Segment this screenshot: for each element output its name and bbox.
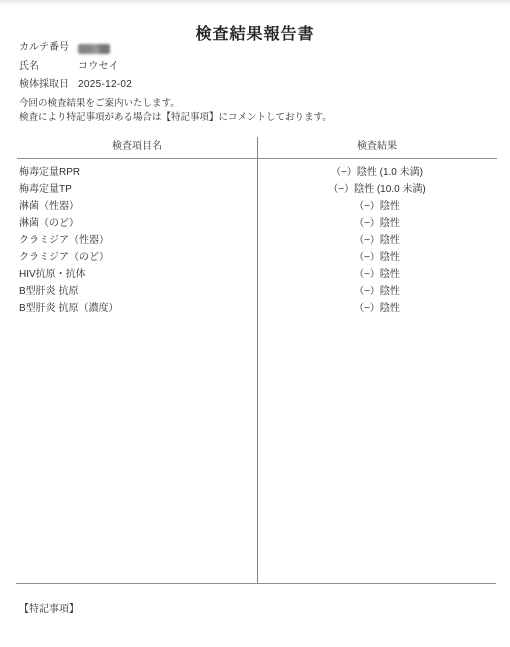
test-item-name: クラミジア（のど） <box>17 249 257 266</box>
column-header-item-name: 検査項目名 <box>17 141 257 153</box>
table-row: HIV抗原・抗体 （−）陰性 <box>17 266 497 283</box>
table-row: 梅毒定量RPR （−）陰性 (1.0 未満) <box>17 164 497 181</box>
test-item-name: 梅毒定量TP <box>17 181 257 198</box>
table-bottom-line <box>16 583 496 584</box>
intro-line-2: 検査により特記事項がある場合は【特記事項】にコメントしております。 <box>19 111 332 125</box>
collection-date-label: 検体採取日 <box>19 76 78 95</box>
meta-row-collection-date: 検体採取日 2025-12-02 <box>19 76 132 95</box>
test-item-name: 淋菌（のど） <box>17 215 257 232</box>
chart-number-label: カルテ番号 <box>19 39 78 58</box>
intro-text: 今回の検査結果をご案内いたします。 検査により特記事項がある場合は【特記事項】に… <box>19 97 332 125</box>
meta-row-chart-number: カルテ番号 <box>19 39 132 58</box>
table-row: 淋菌（性器） （−）陰性 <box>17 198 497 215</box>
results-table-body: 梅毒定量RPR （−）陰性 (1.0 未満) 梅毒定量TP （−）陰性 (10.… <box>17 164 497 317</box>
special-notes-heading: 【特記事項】 <box>19 603 79 617</box>
test-result: （−）陰性 <box>257 266 497 283</box>
patient-meta: カルテ番号 氏名 コウセイ 検体採取日 2025-12-02 <box>19 39 132 95</box>
test-result: （−）陰性 <box>257 283 497 300</box>
test-result: （−）陰性 <box>257 249 497 266</box>
test-result: （−）陰性 (10.0 未満) <box>257 181 497 198</box>
test-result: （−）陰性 <box>257 300 497 317</box>
page-top-edge <box>0 0 510 4</box>
collection-date-value: 2025-12-02 <box>78 76 132 95</box>
test-item-name: B型肝炎 抗原（濃度） <box>17 300 257 317</box>
patient-name-value: コウセイ <box>78 58 119 77</box>
test-item-name: クラミジア（性器） <box>17 232 257 249</box>
table-row: 梅毒定量TP （−）陰性 (10.0 未満) <box>17 181 497 198</box>
intro-line-1: 今回の検査結果をご案内いたします。 <box>19 97 332 111</box>
meta-row-name: 氏名 コウセイ <box>19 58 132 77</box>
chart-number-redacted-value <box>78 44 110 54</box>
table-row: クラミジア（のど） （−）陰性 <box>17 249 497 266</box>
table-row: B型肝炎 抗原（濃度） （−）陰性 <box>17 300 497 317</box>
test-item-name: HIV抗原・抗体 <box>17 266 257 283</box>
test-result: （−）陰性 <box>257 232 497 249</box>
column-header-result: 検査結果 <box>257 141 497 153</box>
test-result: （−）陰性 (1.0 未満) <box>257 164 497 181</box>
test-result: （−）陰性 <box>257 215 497 232</box>
patient-name-label: 氏名 <box>19 58 78 77</box>
table-row: クラミジア（性器） （−）陰性 <box>17 232 497 249</box>
table-row: 淋菌（のど） （−）陰性 <box>17 215 497 232</box>
test-item-name: B型肝炎 抗原 <box>17 283 257 300</box>
test-result-report-page: 検査結果報告書 カルテ番号 氏名 コウセイ 検体採取日 2025-12-02 今… <box>0 0 510 647</box>
table-row: B型肝炎 抗原 （−）陰性 <box>17 283 497 300</box>
test-item-name: 淋菌（性器） <box>17 198 257 215</box>
test-result: （−）陰性 <box>257 198 497 215</box>
test-item-name: 梅毒定量RPR <box>17 164 257 181</box>
